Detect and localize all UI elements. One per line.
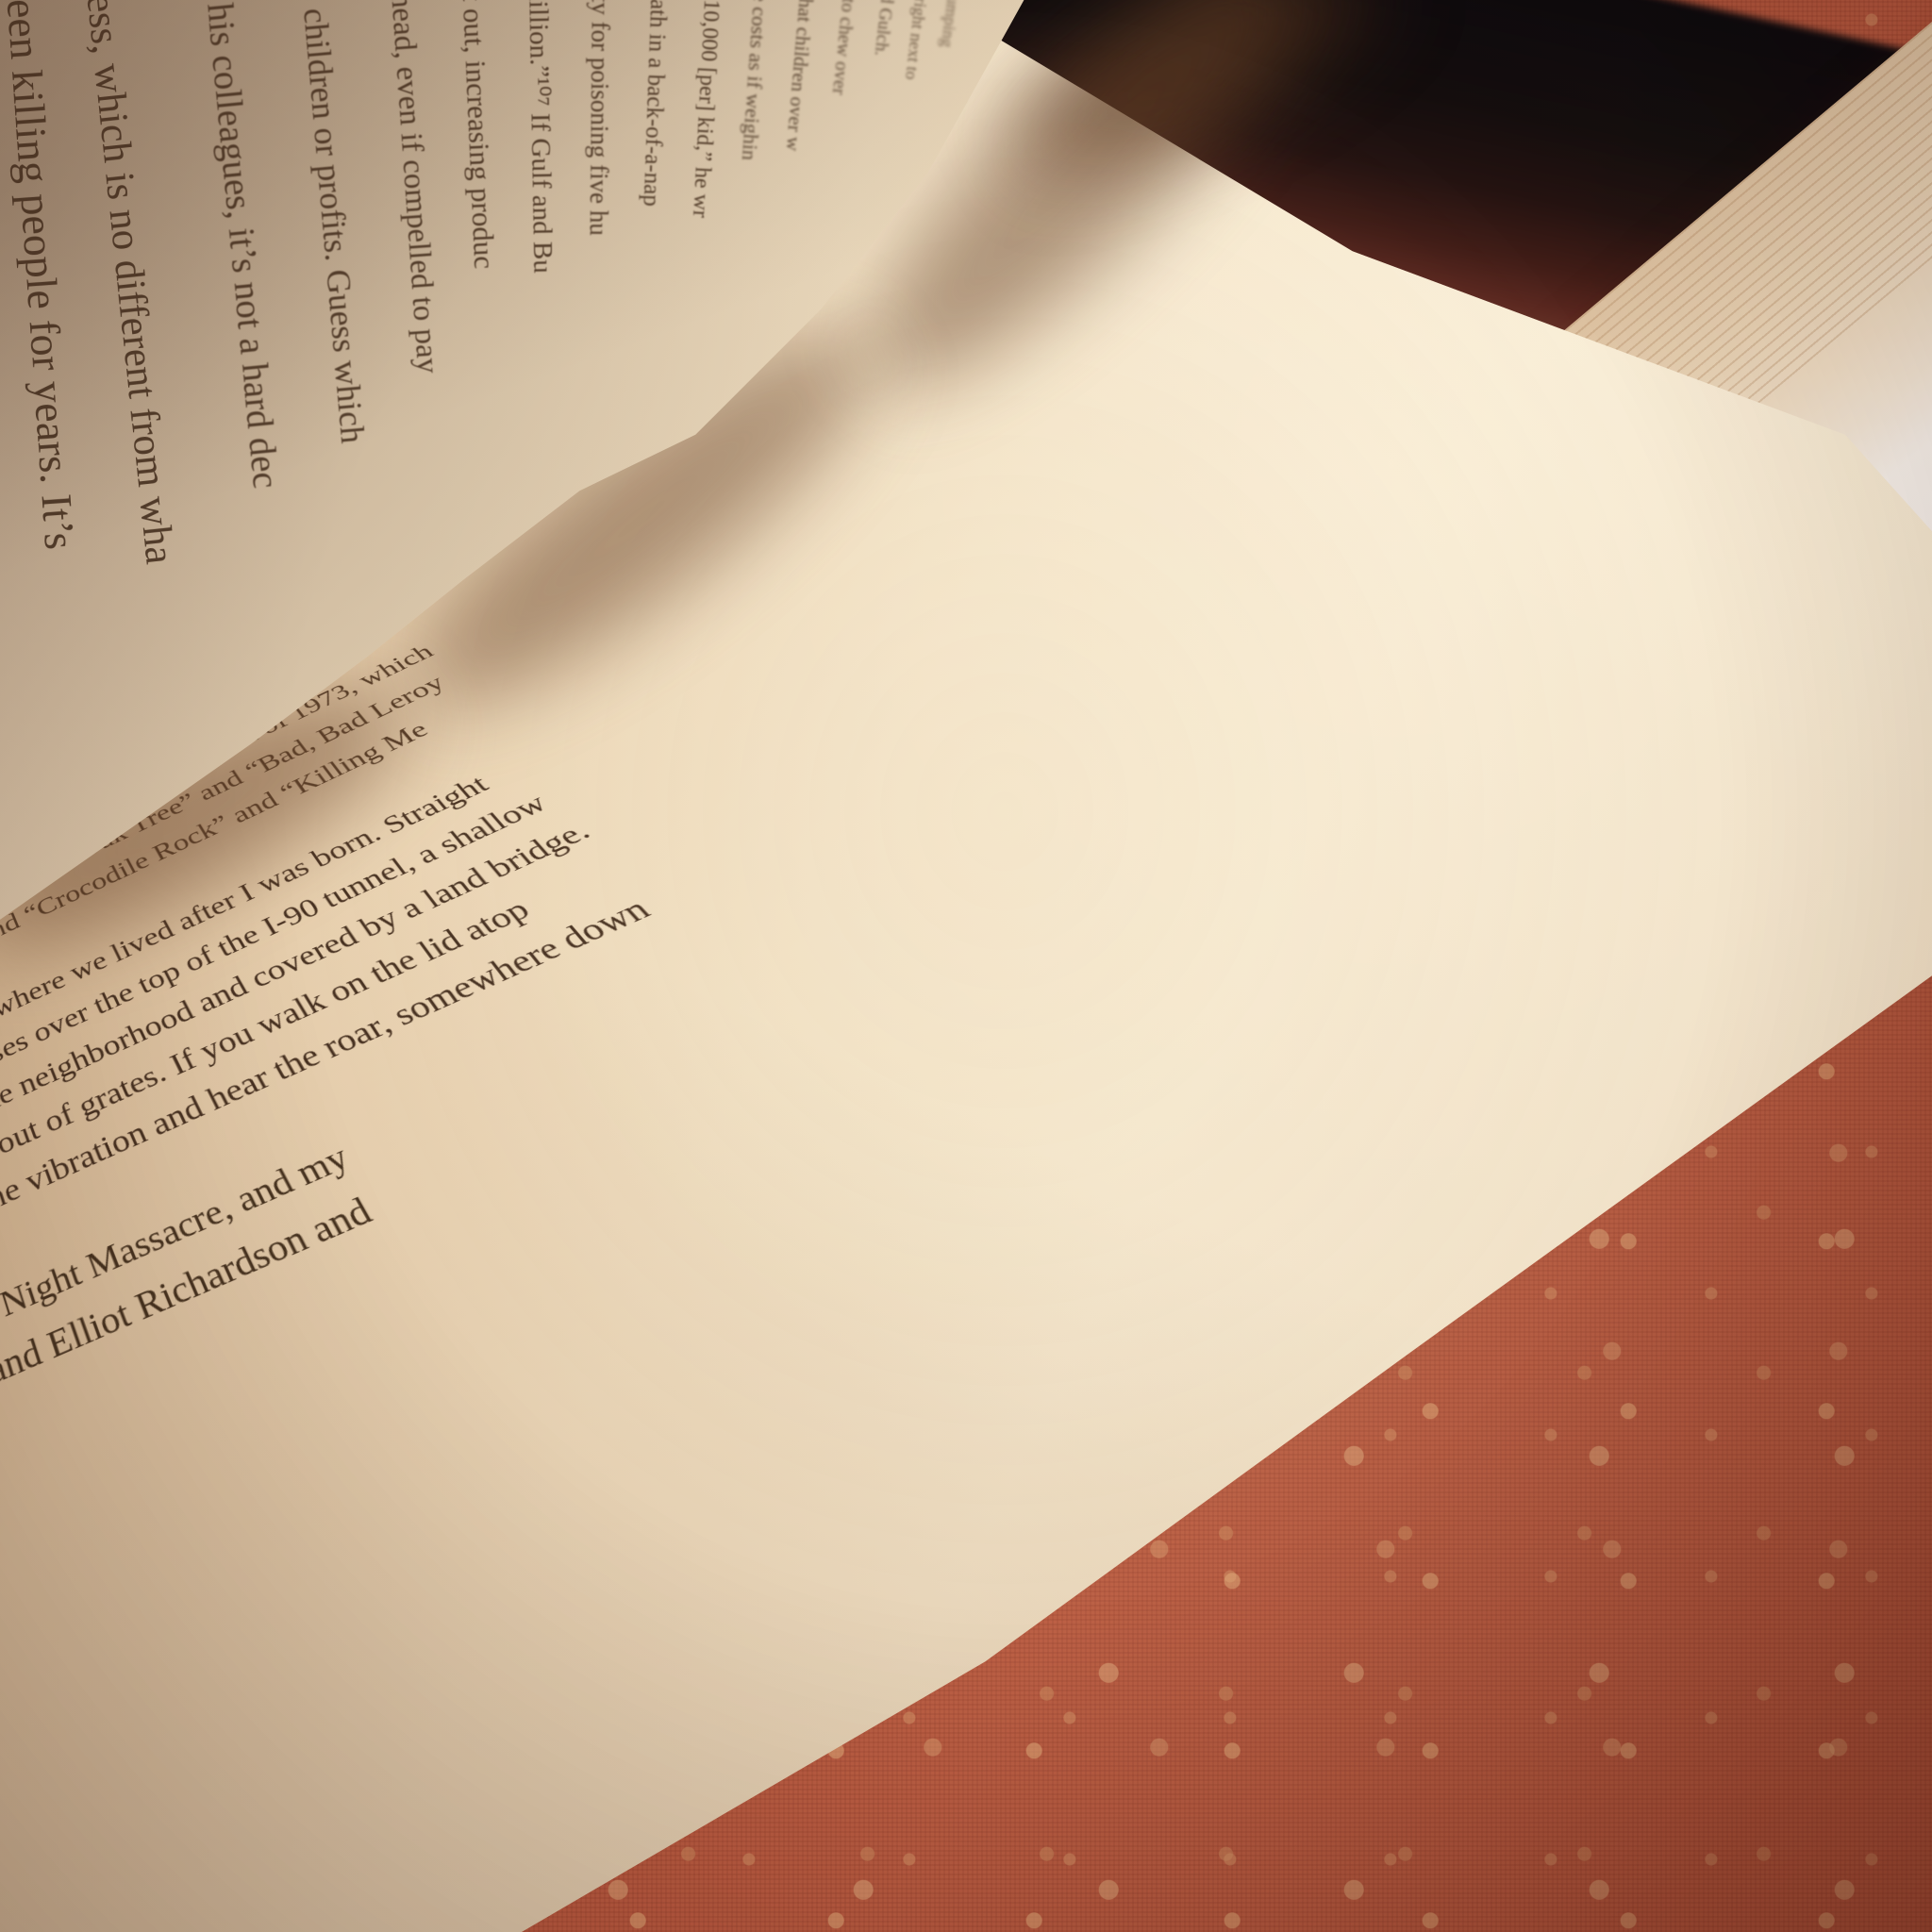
book-photo-scene: The Devil’s Business Kellogg is in a box… bbox=[0, 0, 1932, 1932]
